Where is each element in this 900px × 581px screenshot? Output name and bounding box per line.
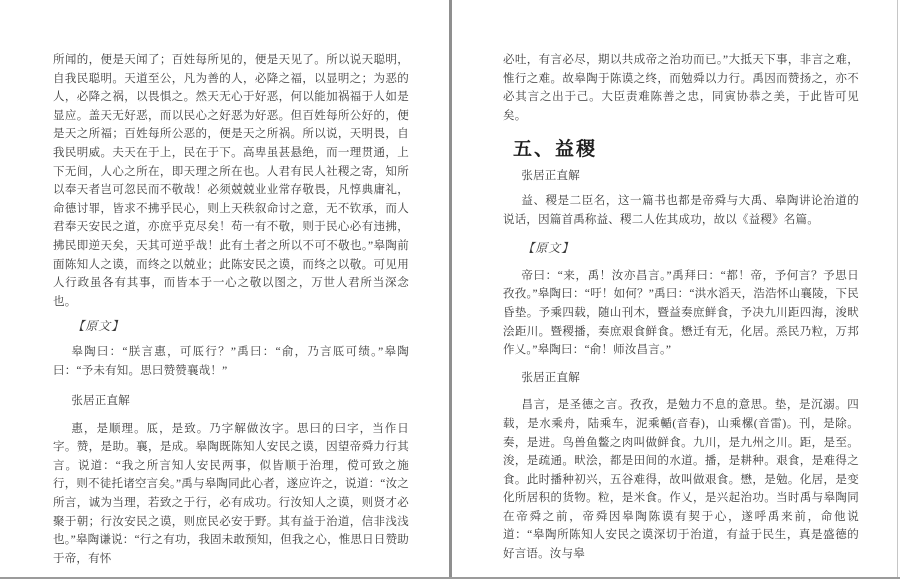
page-bottom-rule [0,577,900,579]
page-gutter-divider [449,0,452,577]
original-text-label: 【原文】 [53,317,409,336]
commentator-heading: 张居正直解 [53,392,409,411]
original-text-paragraph: 帝曰：“来，禹！汝亦昌言。”禹拜曰：“都！帝，予何言？予思日孜孜。”皋陶曰：“吁… [503,267,859,360]
original-text-paragraph: 皋陶曰：“朕言惠，可厎行？”禹曰：“俞，乃言厎可绩。”皋陶曰：“予未有知。思曰赞… [53,343,409,380]
book-spread: 所闻的，便是天闻了；百姓每所见的，便是天见了。所以说天聪明，自我民聪明。天道至公… [0,0,900,581]
continuation-paragraph: 所闻的，便是天闻了；百姓每所见的，便是天见了。所以说天聪明，自我民聪明。天道至公… [53,51,409,311]
commentary-paragraph: 昌言，是圣德之言。孜孜，是勉力不息的意思。垫，是沉溺。四载，是水乘舟，陆乘车，泥… [503,396,859,563]
original-text-label: 【原文】 [503,239,859,258]
commentator-heading: 张居正直解 [503,369,859,388]
page-right: 必吐，有言必尽，期以共成帝之治功而已。”大抵天下事，非言之难，惟行之难。故皋陶于… [452,0,897,577]
page-right-edge-rule [897,0,898,577]
page-right-content: 必吐，有言必尽，期以共成帝之治功而已。”大抵天下事，非言之难，惟行之难。故皋陶于… [503,51,859,564]
page-left: 所闻的，便是天闻了；百姓每所见的，便是天见了。所以说天聪明，自我民聪明。天道至公… [0,0,449,577]
continuation-paragraph: 必吐，有言必尽，期以共成帝之治功而已。”大抵天下事，非言之难，惟行之难。故皋陶于… [503,51,859,125]
section-heading: 五、益稷 [503,137,859,163]
commentator-heading: 张居正直解 [503,167,859,186]
commentary-paragraph: 惠，是顺理。厎，是致。乃字解做汝字。思曰的曰字，当作日字。赞，是助。襄，是成。皋… [53,420,409,569]
section-intro-paragraph: 益、稷是二臣名，这一篇书也都是帝舜与大禹、皋陶讲论治道的说话，因篇首禹称益、稷二… [503,192,859,229]
page-left-content: 所闻的，便是天闻了；百姓每所见的，便是天见了。所以说天聪明，自我民聪明。天道至公… [53,51,409,568]
